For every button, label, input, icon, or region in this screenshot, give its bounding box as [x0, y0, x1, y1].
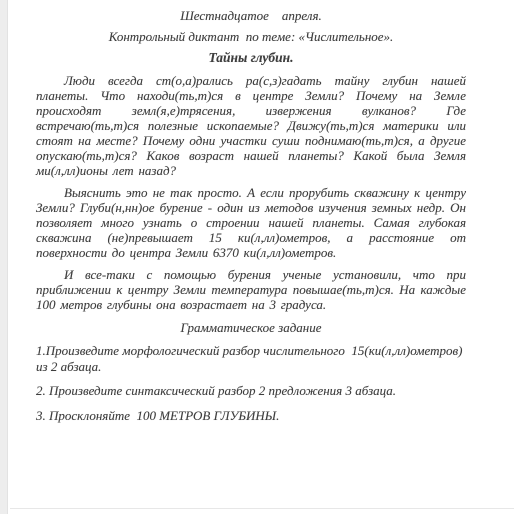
scan-bottom-line: [10, 508, 514, 509]
dictation-paragraph-3: И все-таки с помощью бурения ученые уста…: [36, 267, 466, 312]
grammar-task-2: 2. Произведите синтаксический разбор 2 п…: [36, 383, 466, 399]
dictation-paragraph-1: Люди всегда ст(о,а)рались ра(с,з)гадать …: [36, 73, 466, 178]
grammar-task-1: 1.Произведите морфологический разбор чис…: [36, 343, 466, 374]
document-title: Тайны глубин.: [36, 50, 466, 65]
grammar-section-heading: Грамматическое задание: [36, 320, 466, 335]
scanned-document-page: Шестнадцатое апреля. Контрольный диктант…: [0, 0, 514, 514]
page-edge-strip: [0, 0, 8, 514]
document-content: Шестнадцатое апреля. Контрольный диктант…: [8, 0, 490, 432]
date-line: Шестнадцатое апреля.: [36, 8, 466, 23]
subject-line: Контрольный диктант по теме: «Числительн…: [36, 29, 466, 44]
grammar-task-3: 3. Просклоняйте 100 МЕТРОВ ГЛУБИНЫ.: [36, 408, 466, 424]
dictation-paragraph-2: Выяснить это не так просто. А если прору…: [36, 185, 466, 260]
